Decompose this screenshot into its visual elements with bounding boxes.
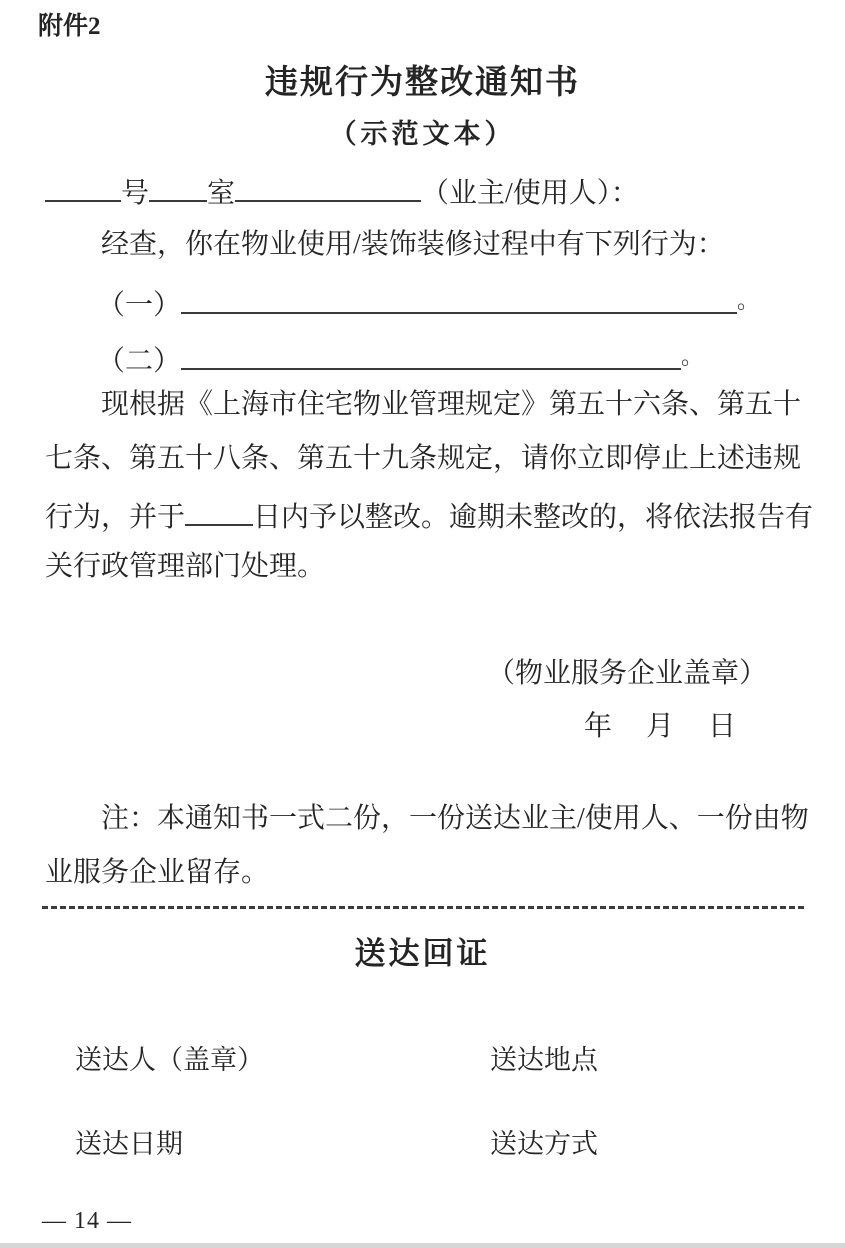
intro-line: 经查，你在物业使用/装饰装修过程中有下列行为： [45,228,725,262]
scanned-notice-page: 附件2 违规行为整改通知书 （示范文本） 号室（业主/使用人）： 经查，你在物业… [0,0,845,1248]
blank-building-number [45,172,121,202]
blank-room-number [149,172,207,202]
note-line-1: 注：本通知书一式二份，一份送达业主/使用人、一份由物 [45,802,809,836]
blank-addressee-name [235,172,421,202]
party-label: （业主/使用人）： [421,178,639,209]
dashed-cut-line [42,906,804,909]
item-1-period: 。 [737,288,759,313]
attachment-label: 附件2 [38,6,101,42]
scan-edge-strip [0,1243,845,1248]
document-subtitle: （示范文本） [0,112,845,151]
field-delivery-date-label: 送达日期 [75,1122,183,1161]
signature-date-label: 年 月 日 [584,710,739,744]
addressee-line: 号室（业主/使用人）： [45,172,639,211]
document-title: 违规行为整改通知书 [0,56,845,103]
body-paragraph-line-4: 关行政管理部门处理。 [45,550,325,584]
field-deliverer-label: 送达人（盖章） [75,1038,264,1077]
item-2-period: 。 [681,344,703,369]
body-paragraph-line-1: 现根据《上海市住宅物业管理规定》第五十六条、第五十 [45,388,801,422]
body-line-3-prefix: 行为，并于 [45,502,185,533]
item-1-label: （一） [97,290,181,321]
room-suffix-label: 室 [207,178,235,209]
unit-suffix-label: 号 [121,178,149,209]
violation-item-1: （一）。 [45,284,759,323]
body-paragraph-line-3: 行为，并于日内予以整改。逾期未整改的，将依法报告有 [45,496,813,535]
body-paragraph-line-2: 七条、第五十八条、第五十九条规定，请你立即停止上述违规 [45,442,801,476]
item-2-label: （二） [97,346,181,377]
page-number: — 14 — [42,1208,132,1235]
blank-violation-2 [181,340,681,370]
receipt-heading: 送达回证 [0,928,845,973]
field-delivery-method-label: 送达方式 [490,1122,598,1161]
company-stamp-label: （物业服务企业盖章） [487,657,767,691]
body-line-3-suffix: 日内予以整改。逾期未整改的，将依法报告有 [253,502,813,533]
note-line-2: 业服务企业留存。 [45,856,269,890]
field-delivery-location-label: 送达地点 [490,1038,598,1077]
blank-rectify-days [185,496,253,526]
blank-violation-1 [181,284,737,314]
violation-item-2: （二）。 [45,340,703,379]
